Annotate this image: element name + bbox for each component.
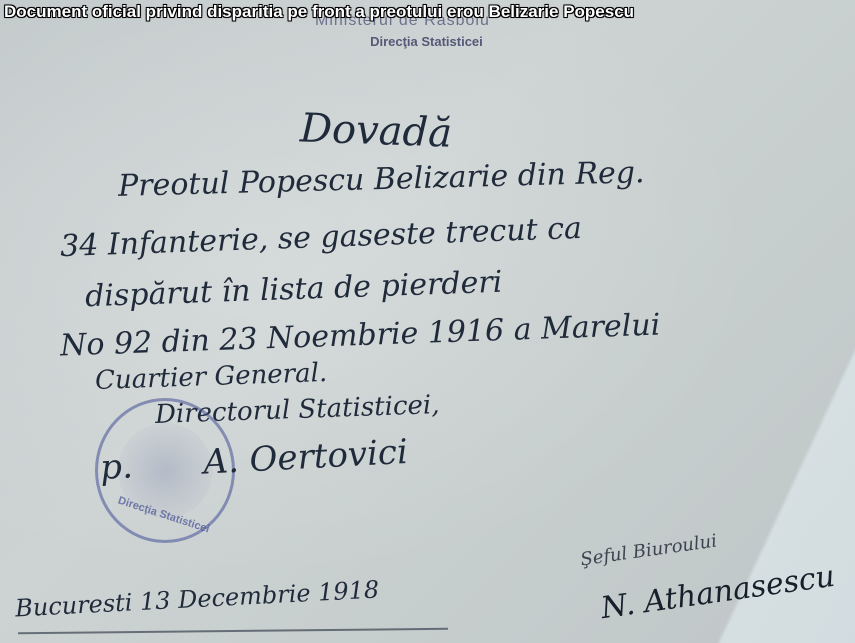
- department-name: Direcţia Statisticei: [363, 34, 490, 49]
- image-caption: Document oficial privind disparitia pe f…: [4, 2, 804, 22]
- signature-prefix: p.: [99, 446, 134, 488]
- document-title: Dovadă: [299, 105, 453, 156]
